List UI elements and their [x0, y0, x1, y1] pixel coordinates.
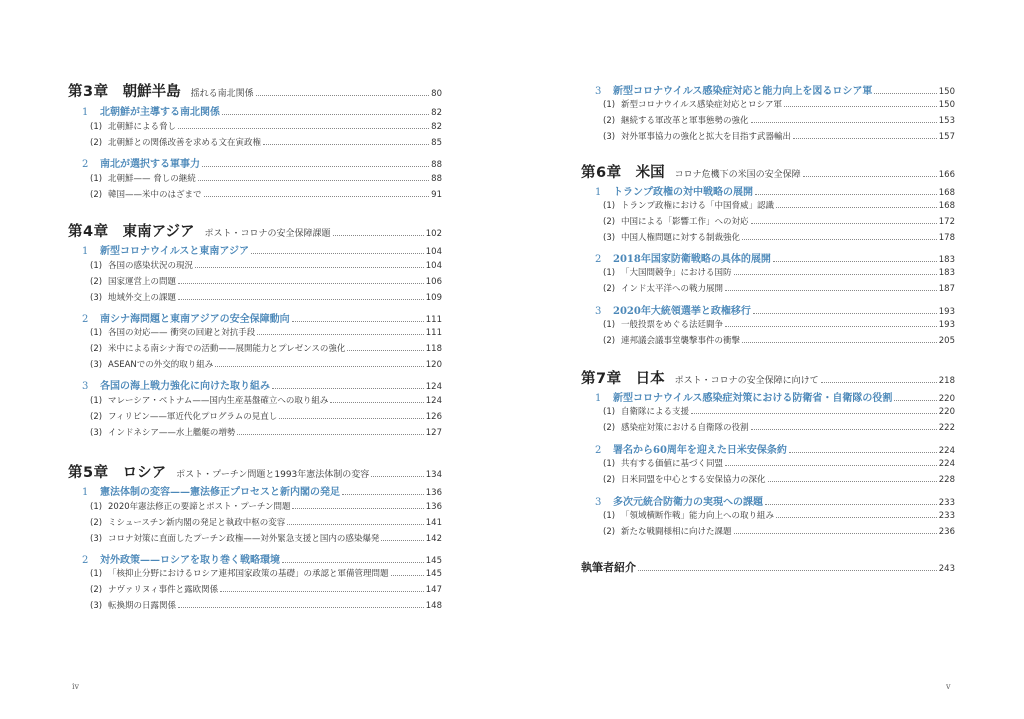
page-number: 220: [939, 407, 955, 417]
page-number: 147: [426, 585, 442, 595]
page-number: 88: [431, 174, 442, 184]
authors-label: 執筆者紹介: [581, 559, 636, 575]
toc-item[interactable]: (2) ミシュースチン新内閣の発足と執政中枢の変容 141: [90, 516, 442, 528]
item-number: (3): [90, 360, 108, 370]
leader-dots: [789, 452, 937, 453]
item-number: (1): [603, 320, 621, 330]
toc-chapter-6[interactable]: 第6章 米国 コロナ危機下の米国の安全保障 166: [581, 161, 955, 182]
item-title: 北朝鮮による脅し: [108, 120, 176, 132]
page-number: 150: [939, 100, 955, 110]
page-number: 136: [426, 502, 442, 512]
page-number: 102: [426, 229, 442, 239]
item-number: (1): [603, 100, 621, 110]
item-title: ミシュースチン新内閣の発足と執政中枢の変容: [108, 516, 285, 528]
item-title: 「領域横断作戦」能力向上への取り組み: [621, 509, 774, 521]
item-number: (2): [90, 518, 108, 528]
leader-dots: [333, 235, 424, 236]
toc-item[interactable]: (1) マレーシア・ベトナム——国内生産基盤確立への取り組み 124: [90, 394, 442, 406]
toc-item[interactable]: (1) 自衛隊による支援 220: [603, 405, 955, 417]
item-number: (1): [90, 328, 108, 338]
section-title: 南シナ海問題と東南アジアの安全保障動向: [100, 310, 290, 325]
page-number: 104: [426, 247, 442, 257]
toc-item[interactable]: (3) インドネシア——水上艦艇の増勢 127: [90, 426, 442, 438]
page-number: 168: [939, 188, 955, 198]
page-number: 126: [426, 412, 442, 422]
page-number: 220: [939, 394, 955, 404]
toc-item[interactable]: (2) 北朝鮮との関係改善を求める文在寅政権 85: [90, 136, 442, 148]
page-number: 193: [939, 307, 955, 317]
section-title: 北朝鮮が主導する南北関係: [100, 103, 220, 118]
toc-item[interactable]: (1) トランプ政権における「中国脅威」認識 168: [603, 199, 955, 211]
item-title: 北朝鮮との関係改善を求める文在寅政権: [108, 136, 261, 148]
page-number: 85: [431, 138, 442, 148]
leader-dots: [342, 494, 424, 495]
page-number: 193: [939, 320, 955, 330]
item-title: 米中による南シナ海での活動——展開能力とプレゼンスの強化: [108, 342, 345, 354]
item-title: コロナ対策に直面したプーチン政権——対外緊急支援と国内の感染爆発: [108, 532, 379, 544]
page-number: 145: [426, 569, 442, 579]
leader-dots: [178, 283, 424, 284]
item-title: 新型コロナウイルス感染症対応とロシア軍: [621, 98, 782, 110]
chapter-number: 第4章: [68, 220, 109, 241]
item-title: 各国の感染状況の現況: [108, 259, 193, 271]
leader-dots: [874, 93, 936, 94]
page-number: 233: [939, 511, 955, 521]
section-title: 署名から60周年を迎えた日米安保条約: [613, 441, 787, 456]
page-number: 141: [426, 518, 442, 528]
section-title: 南北が選択する軍事力: [100, 155, 200, 170]
leader-dots: [734, 533, 937, 534]
item-title: 「大国間競争」における国防: [621, 266, 732, 278]
page-number: 157: [939, 132, 955, 142]
page-number: 178: [939, 233, 955, 243]
page-number: 205: [939, 336, 955, 346]
section-title: 多次元統合防衛力の実現への課題: [613, 493, 763, 508]
page-number: 88: [431, 160, 442, 170]
toc-authors[interactable]: 執筆者紹介 243: [581, 559, 955, 575]
item-title: トランプ政権における「中国脅威」認識: [621, 199, 774, 211]
leader-dots: [751, 223, 937, 224]
leader-dots: [765, 504, 937, 505]
leader-dots: [755, 194, 937, 195]
page-number: 236: [939, 527, 955, 537]
toc-item[interactable]: (2) 韓国——米中のはざまで 91: [90, 188, 442, 200]
leader-dots: [725, 326, 937, 327]
item-number: (1): [90, 261, 108, 271]
item-title: 韓国——米中のはざまで: [108, 188, 202, 200]
item-number: (2): [603, 423, 621, 433]
leader-dots: [202, 166, 429, 167]
toc-item[interactable]: (1) 「領域横断作戦」能力向上への取り組み 233: [603, 509, 955, 521]
leader-dots: [257, 334, 424, 335]
toc-section[interactable]: 2 署名から60周年を迎えた日米安保条約 224: [595, 441, 955, 456]
toc-item[interactable]: (2) 中国による「影響工作」への対応 172: [603, 215, 955, 227]
toc-section[interactable]: 2 南北が選択する軍事力 88: [82, 155, 442, 170]
toc-chapter-5[interactable]: 第5章 ロシア ポスト・プーチン問題と1993年憲法体制の変容 134: [68, 461, 442, 482]
item-title: 国家運営上の問題: [108, 275, 176, 287]
item-title: インドネシア——水上艦艇の増勢: [108, 426, 235, 438]
leader-dots: [195, 267, 424, 268]
toc-section[interactable]: 2 2018年国家防衛戦略の具体的展開 183: [595, 250, 955, 265]
item-title: ナヴァリヌィ事件と露欧関係: [108, 583, 218, 595]
leader-dots: [272, 388, 424, 389]
section-number: 2: [82, 314, 100, 325]
page-number: 148: [426, 601, 442, 611]
page-number: 168: [939, 201, 955, 211]
section-number: 1: [82, 487, 100, 498]
item-title: 連邦議会議事堂襲撃事件の衝撃: [621, 334, 740, 346]
leader-dots: [391, 575, 424, 576]
chapter-number: 第6章: [581, 161, 622, 182]
item-number: (1): [603, 459, 621, 469]
item-title: 地域外交上の課題: [108, 291, 176, 303]
toc-item[interactable]: (1) 共有する価値に基づく同盟 224: [603, 457, 955, 469]
item-number: (1): [90, 396, 108, 406]
toc-item[interactable]: (1) 北朝鮮—— 脅しの継続 88: [90, 172, 442, 184]
toc-item[interactable]: (3) 対外軍事協力の強化と拡大を目指す武器輸出 157: [603, 130, 955, 142]
folio-left: iv: [72, 682, 79, 691]
section-title: トランプ政権の対中戦略の展開: [613, 183, 753, 198]
page-number: 153: [939, 116, 955, 126]
leader-dots: [894, 400, 936, 401]
page-number: 82: [431, 122, 442, 132]
item-title: 2020年憲法修正の要諦とポスト・プーチン問題: [108, 500, 290, 512]
item-title: 対外軍事協力の強化と拡大を目指す武器輸出: [621, 130, 791, 142]
leader-dots: [768, 481, 937, 482]
item-number: (1): [603, 511, 621, 521]
item-title: ASEANでの外交的取り組み: [108, 358, 213, 370]
page-number: 111: [426, 328, 442, 338]
item-title: 感染症対策における自衛隊の役割: [621, 421, 749, 433]
section-number: 2: [82, 159, 100, 170]
page-number: 82: [431, 108, 442, 118]
item-title: 中国人権問題に対する制裁強化: [621, 231, 740, 243]
item-title: 各国の対応—— 衝突の回避と対抗手段: [108, 326, 255, 338]
leader-dots: [198, 180, 429, 181]
chapter-name: 朝鮮半島: [123, 80, 181, 101]
toc-item[interactable]: (2) 新たな戦闘様相に向けた課題 236: [603, 525, 955, 537]
toc-section[interactable]: 2 対外政策——ロシアを取り巻く戦略環境 145: [82, 551, 442, 566]
leader-dots: [222, 114, 429, 115]
page-number: 91: [431, 190, 442, 200]
item-number: (3): [90, 293, 108, 303]
item-number: (1): [90, 174, 108, 184]
leader-dots: [776, 207, 937, 208]
page-number: 222: [939, 423, 955, 433]
toc-chapter-3[interactable]: 第3章 朝鮮半島 揺れる南北関係 80: [68, 80, 442, 101]
page-number: 183: [939, 255, 955, 265]
section-number: 3: [595, 86, 613, 97]
item-number: (2): [90, 138, 108, 148]
section-number: 2: [595, 445, 613, 456]
leader-dots: [691, 413, 937, 414]
item-number: (2): [90, 277, 108, 287]
page-number: 124: [426, 382, 442, 392]
leader-dots: [784, 106, 937, 107]
page-number: 111: [426, 315, 442, 325]
toc-item[interactable]: (2) フィリピン——軍近代化プログラムの見直し 126: [90, 410, 442, 422]
page-number: 233: [939, 498, 955, 508]
page-number: 124: [426, 396, 442, 406]
toc-item[interactable]: (1) 新型コロナウイルス感染症対応とロシア軍 150: [603, 98, 955, 110]
leader-dots: [371, 476, 423, 477]
leader-dots: [638, 570, 937, 571]
toc-item[interactable]: (1) 「核抑止分野におけるロシア連邦国家政策の基礎」の承認と軍備管理問題 14…: [90, 567, 442, 579]
toc-section[interactable]: 3 各国の海上戦力強化に向けた取り組み 124: [82, 377, 442, 392]
chapter-name: 日本: [636, 367, 665, 388]
item-title: 一般投票をめぐる法廷闘争: [621, 318, 723, 330]
section-number: 2: [595, 254, 613, 265]
page-number: 80: [431, 89, 442, 99]
section-title: 新型コロナウイルスと東南アジア: [100, 242, 249, 257]
chapter-number: 第3章: [68, 80, 109, 101]
item-number: (2): [603, 284, 621, 294]
leader-dots: [215, 366, 424, 367]
section-number: 1: [595, 187, 613, 198]
chapter-subtitle: コロナ危機下の米国の安全保障: [675, 167, 801, 180]
item-number: (2): [90, 344, 108, 354]
page-number: 172: [939, 217, 955, 227]
page-number: 120: [426, 360, 442, 370]
section-title: 新型コロナウイルス感染症対応と能力向上を図るロシア軍: [613, 82, 872, 97]
page-number: 142: [426, 534, 442, 544]
leader-dots: [204, 196, 430, 197]
item-number: (3): [603, 233, 621, 243]
leader-dots: [793, 138, 937, 139]
chapter-name: ロシア: [123, 461, 167, 482]
toc-item[interactable]: (1) 一般投票をめぐる法廷闘争 193: [603, 318, 955, 330]
leader-dots: [803, 176, 937, 177]
leader-dots: [776, 517, 937, 518]
page-number: 187: [939, 284, 955, 294]
chapter-subtitle: ポスト・コロナの安全保障課題: [205, 226, 331, 239]
leader-dots: [256, 95, 430, 96]
toc-item[interactable]: (1) 各国の感染状況の現況 104: [90, 259, 442, 271]
item-number: (2): [603, 475, 621, 485]
page-number: 150: [939, 87, 955, 97]
toc-item[interactable]: (1) 北朝鮮による脅し 82: [90, 120, 442, 132]
page-number: 224: [939, 446, 955, 456]
toc-item[interactable]: (1) 「大国間競争」における国防 183: [603, 266, 955, 278]
item-title: 共有する価値に基づく同盟: [621, 457, 723, 469]
item-number: (2): [90, 412, 108, 422]
leader-dots: [178, 299, 424, 300]
item-number: (2): [603, 336, 621, 346]
chapter-subtitle: ポスト・コロナの安全保障に向けて: [675, 373, 819, 386]
item-number: (1): [90, 569, 108, 579]
section-number: 2: [82, 555, 100, 566]
page-number: 104: [426, 261, 442, 271]
item-title: 中国による「影響工作」への対応: [621, 215, 749, 227]
chapter-subtitle: 揺れる南北関係: [191, 86, 254, 99]
leader-dots: [279, 418, 424, 419]
page-number: 118: [426, 344, 442, 354]
toc-item[interactable]: (2) 感染症対策における自衛隊の役割 222: [603, 421, 955, 433]
section-number: 3: [595, 497, 613, 508]
leader-dots: [282, 562, 424, 563]
page-number: 228: [939, 475, 955, 485]
toc-section[interactable]: 2 南シナ海問題と東南アジアの安全保障動向 111: [82, 310, 442, 325]
item-number: (3): [90, 428, 108, 438]
item-title: 新たな戦闘様相に向けた課題: [621, 525, 732, 537]
toc-section[interactable]: 1 新型コロナウイルス感染症対策における防衛省・自衛隊の役割 220: [595, 389, 955, 404]
chapter-name: 米国: [636, 161, 665, 182]
item-number: (3): [603, 132, 621, 142]
section-number: 3: [82, 381, 100, 392]
chapter-subtitle: ポスト・プーチン問題と1993年憲法体制の変容: [176, 467, 369, 480]
item-title: インド太平洋への戦力展開: [621, 282, 723, 294]
page-number: 224: [939, 459, 955, 469]
item-number: (3): [90, 534, 108, 544]
item-number: (3): [90, 601, 108, 611]
page-number: 134: [426, 470, 442, 480]
section-title: 新型コロナウイルス感染症対策における防衛省・自衛隊の役割: [613, 389, 892, 404]
section-title: 2018年国家防衛戦略の具体的展開: [613, 250, 771, 265]
item-number: (1): [603, 268, 621, 278]
leader-dots: [753, 313, 937, 314]
chapter-number: 第7章: [581, 367, 622, 388]
page-number: 166: [939, 170, 955, 180]
leader-dots: [330, 402, 423, 403]
page-number: 109: [426, 293, 442, 303]
leader-dots: [263, 144, 429, 145]
toc-item[interactable]: (3) コロナ対策に直面したプーチン政権——対外緊急支援と国内の感染爆発 142: [90, 532, 442, 544]
item-title: マレーシア・ベトナム——国内生産基盤確立への取り組み: [108, 394, 328, 406]
item-number: (1): [603, 407, 621, 417]
leader-dots: [287, 524, 423, 525]
toc-chapter-4[interactable]: 第4章 東南アジア ポスト・コロナの安全保障課題 102: [68, 220, 442, 241]
toc-item[interactable]: (3) 地域外交上の課題 109: [90, 291, 442, 303]
page-number: 106: [426, 277, 442, 287]
chapter-number: 第5章: [68, 461, 109, 482]
toc-section[interactable]: 1 トランプ政権の対中戦略の展開 168: [595, 183, 955, 198]
item-number: (1): [90, 502, 108, 512]
section-title: 2020年大統領選挙と政権移行: [613, 302, 751, 317]
toc-section[interactable]: 3 新型コロナウイルス感染症対応と能力向上を図るロシア軍 150: [595, 82, 955, 97]
item-number: (2): [603, 527, 621, 537]
toc-item[interactable]: (2) 日米同盟を中心とする安保協力の深化 228: [603, 473, 955, 485]
toc-item[interactable]: (2) インド太平洋への戦力展開 187: [603, 282, 955, 294]
leader-dots: [347, 350, 423, 351]
toc-item[interactable]: (3) 中国人権問題に対する制裁強化 178: [603, 231, 955, 243]
item-title: 「核抑止分野におけるロシア連邦国家政策の基礎」の承認と軍備管理問題: [108, 567, 389, 579]
leader-dots: [751, 429, 937, 430]
page-number: 218: [939, 376, 955, 386]
page-number: 243: [939, 564, 955, 574]
toc-item[interactable]: (2) ナヴァリヌィ事件と露欧関係 147: [90, 583, 442, 595]
toc-section[interactable]: 1 北朝鮮が主導する南北関係 82: [82, 103, 442, 118]
toc-item[interactable]: (2) 継続する軍改革と軍事態勢の強化 153: [603, 114, 955, 126]
leader-dots: [734, 274, 937, 275]
leader-dots: [751, 122, 937, 123]
leader-dots: [725, 290, 937, 291]
leader-dots: [220, 591, 424, 592]
item-title: 日米同盟を中心とする安保協力の深化: [621, 473, 766, 485]
item-number: (2): [603, 116, 621, 126]
section-number: 3: [595, 306, 613, 317]
chapter-name: 東南アジア: [123, 220, 195, 241]
item-number: (1): [603, 201, 621, 211]
item-number: (2): [603, 217, 621, 227]
page-number: 183: [939, 268, 955, 278]
toc-item[interactable]: (2) 国家運営上の問題 106: [90, 275, 442, 287]
leader-dots: [237, 434, 423, 435]
leader-dots: [742, 342, 937, 343]
leader-dots: [292, 508, 423, 509]
toc-item[interactable]: (3) ASEANでの外交的取り組み 120: [90, 358, 442, 370]
page-number: 145: [426, 556, 442, 566]
section-title: 憲法体制の変容——憲法修正プロセスと新内閣の発足: [100, 483, 340, 498]
item-title: 北朝鮮—— 脅しの継続: [108, 172, 196, 184]
item-title: 自衛隊による支援: [621, 405, 689, 417]
leader-dots: [251, 253, 424, 254]
item-title: フィリピン——軍近代化プログラムの見直し: [108, 410, 277, 422]
toc-item[interactable]: (2) 米中による南シナ海での活動——展開能力とプレゼンスの強化 118: [90, 342, 442, 354]
folio-right: v: [946, 682, 951, 691]
toc-item[interactable]: (1) 各国の対応—— 衝突の回避と対抗手段 111: [90, 326, 442, 338]
leader-dots: [381, 540, 423, 541]
toc-item[interactable]: (1) 2020年憲法修正の要諦とポスト・プーチン問題 136: [90, 500, 442, 512]
toc-section[interactable]: 3 多次元統合防衛力の実現への課題 233: [595, 493, 955, 508]
section-number: 1: [595, 393, 613, 404]
leader-dots: [292, 321, 424, 322]
leader-dots: [742, 239, 937, 240]
section-title: 対外政策——ロシアを取り巻く戦略環境: [100, 551, 280, 566]
leader-dots: [821, 382, 937, 383]
item-number: (1): [90, 122, 108, 132]
leader-dots: [725, 465, 937, 466]
toc-section[interactable]: 1 憲法体制の変容——憲法修正プロセスと新内閣の発足 136: [82, 483, 442, 498]
item-title: 転換期の日露関係: [108, 599, 176, 611]
item-title: 継続する軍改革と軍事態勢の強化: [621, 114, 749, 126]
leader-dots: [773, 261, 937, 262]
toc-item[interactable]: (3) 転換期の日露関係 148: [90, 599, 442, 611]
leader-dots: [178, 607, 424, 608]
section-title: 各国の海上戦力強化に向けた取り組み: [100, 377, 270, 392]
toc-chapter-7[interactable]: 第7章 日本 ポスト・コロナの安全保障に向けて 218: [581, 367, 955, 388]
page-number: 136: [426, 488, 442, 498]
toc-section[interactable]: 3 2020年大統領選挙と政権移行 193: [595, 302, 955, 317]
toc-section[interactable]: 1 新型コロナウイルスと東南アジア 104: [82, 242, 442, 257]
item-number: (2): [90, 585, 108, 595]
toc-item[interactable]: (2) 連邦議会議事堂襲撃事件の衝撃 205: [603, 334, 955, 346]
leader-dots: [178, 128, 429, 129]
page-number: 127: [426, 428, 442, 438]
item-number: (2): [90, 190, 108, 200]
section-number: 1: [82, 246, 100, 257]
section-number: 1: [82, 107, 100, 118]
